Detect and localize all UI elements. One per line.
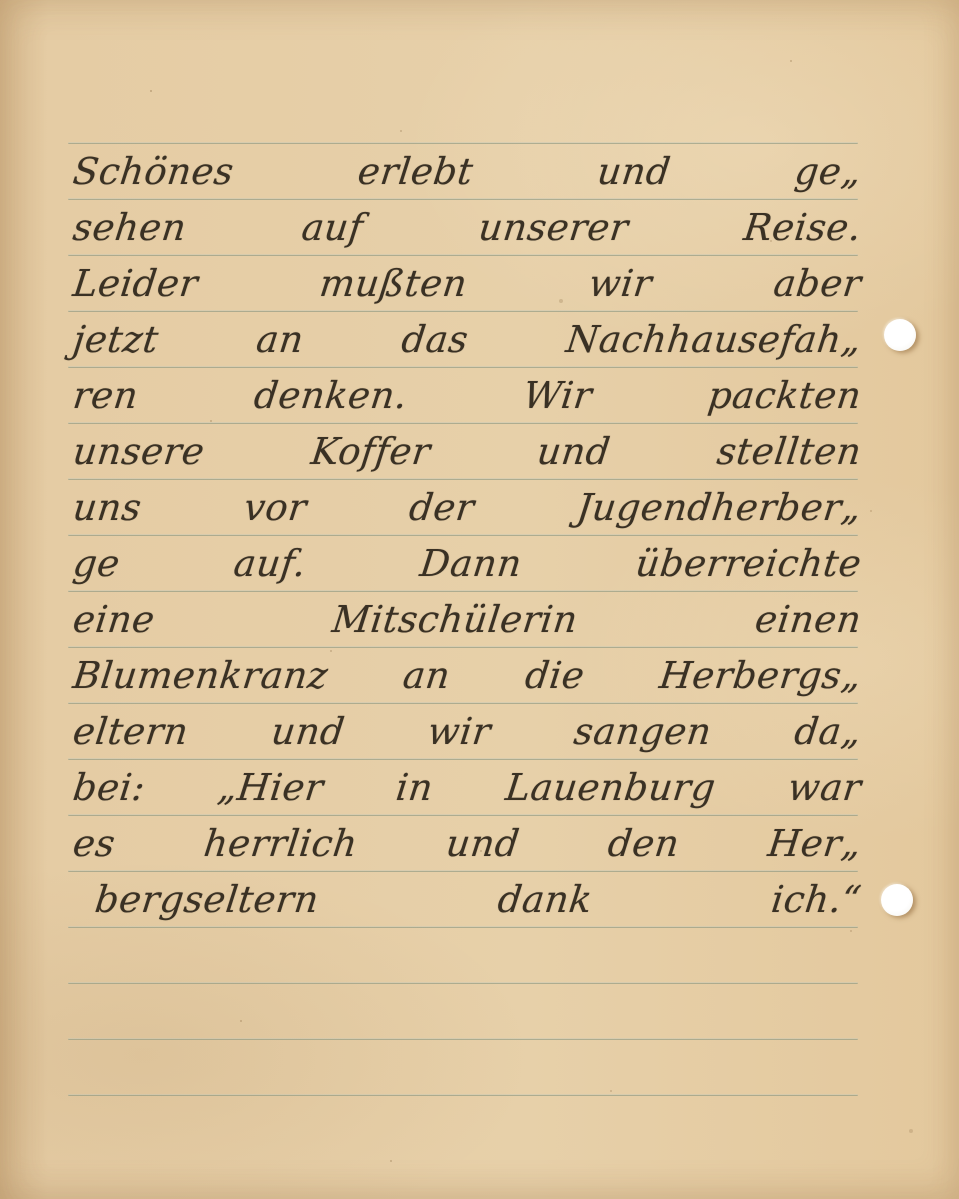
rule-line [68, 814, 858, 816]
rule-line [68, 982, 858, 984]
rule-line [68, 702, 858, 704]
handwritten-line: es herrlich und den Her„ [70, 818, 864, 870]
rule-line [68, 870, 858, 872]
handwritten-line: Schönes erlebt und ge„ [70, 146, 864, 198]
rule-line [68, 142, 858, 144]
rule-line [68, 590, 858, 592]
handwritten-line: unsere Koffer und stellten [70, 426, 864, 478]
hole-punch [884, 319, 916, 351]
rule-line [68, 534, 858, 536]
handwritten-line: jetzt an das Nachhausefah„ [70, 314, 864, 366]
handwritten-line: ren denken. Wir packten [70, 370, 864, 422]
handwritten-line: ge auf. Dann überreichte [70, 538, 864, 590]
rule-line [68, 198, 858, 200]
handwritten-line: Leider mußten wir aber [70, 258, 864, 310]
handwritten-line: bei: „Hier in Lauenburg war [70, 762, 864, 814]
rule-line [68, 254, 858, 256]
rule-line [68, 646, 858, 648]
paper-speckles [150, 90, 152, 92]
handwritten-line: eine Mitschülerin einen [70, 594, 864, 646]
handwritten-line: Blumenkranz an die Herbergs„ [70, 650, 864, 702]
rule-line [68, 758, 858, 760]
rule-line [68, 1038, 858, 1040]
notebook-page: Schönes erlebt und ge„ sehen auf unserer… [0, 0, 959, 1199]
hole-punch [881, 884, 913, 916]
handwritten-line: eltern und wir sangen da„ [70, 706, 864, 758]
rule-line [68, 310, 858, 312]
handwritten-line: bergseltern dank ich.“ [92, 874, 864, 926]
rule-line [68, 422, 858, 424]
handwritten-line: uns vor der Jugendherber„ [70, 482, 864, 534]
handwritten-line: sehen auf unserer Reise. [70, 202, 864, 254]
rule-line [68, 366, 858, 368]
rule-line [68, 1094, 858, 1096]
rule-line [68, 478, 858, 480]
rule-line [68, 926, 858, 928]
